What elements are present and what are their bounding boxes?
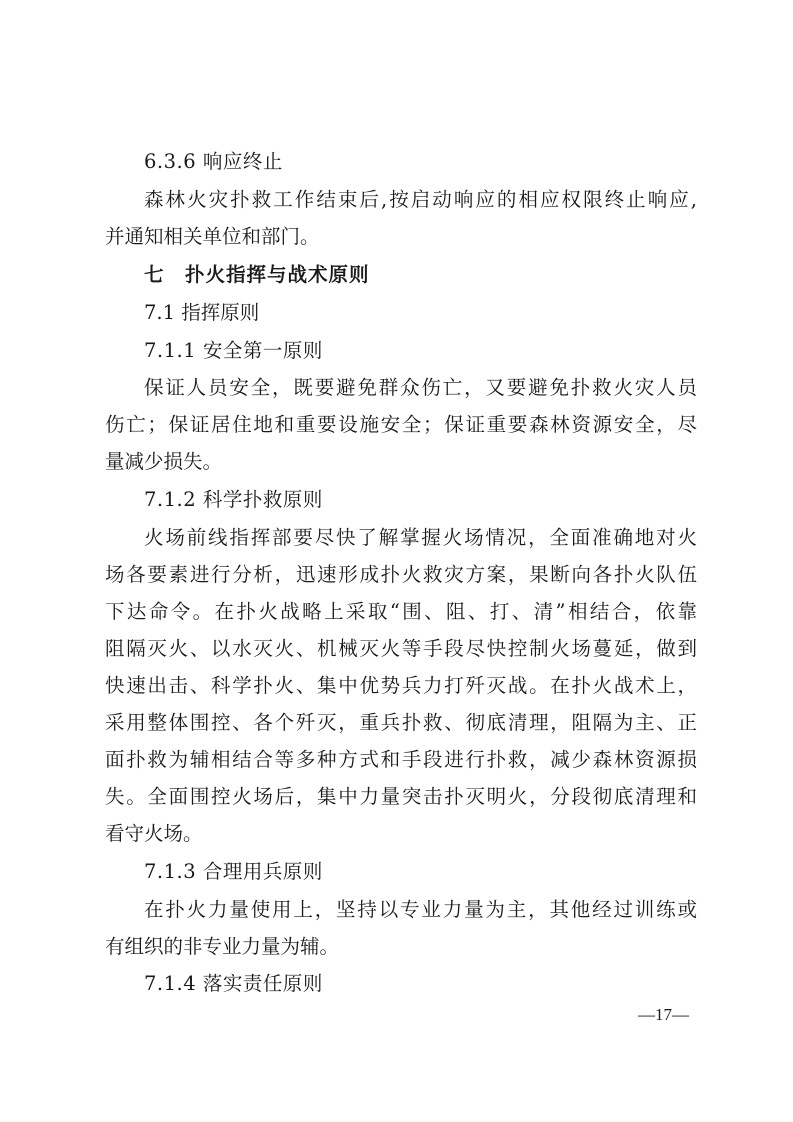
paragraph-line: 量减少损失。: [105, 450, 222, 474]
section-heading-6-3-6: 6.3.6 响应终止: [144, 150, 283, 174]
section-heading-7-1-2: 7.1.2 科学扑救原则: [144, 488, 323, 512]
paragraph-line: 在扑火力量使用上，坚持以专业力量为主，其他经过训练或: [144, 898, 697, 922]
section-heading-7-1-1: 7.1.1 安全第一原则: [144, 339, 323, 363]
paragraph-line: 火场前线指挥部要尽快了解掌握火场情况，全面准确地对火: [144, 526, 697, 550]
paragraph-line: 下达命令。在扑火战略上采取“围、阻、打、清”相结合，依靠: [105, 600, 697, 624]
paragraph-line: 看守火场。: [105, 822, 203, 846]
chapter-title: 七 扑火指挥与战术原则: [144, 263, 370, 287]
paragraph-line: 伤亡；保证居住地和重要设施安全；保证重要森林资源安全，尽: [105, 413, 697, 437]
section-heading-7-1: 7.1 指挥原则: [144, 301, 259, 325]
paragraph-line: 保证人员安全，既要避免群众伤亡，又要避免扑救火灾人员: [144, 376, 697, 400]
paragraph-line: 阻隔灭火、以水灭火、机械灭火等手段尽快控制火场蔓延，做到: [105, 637, 697, 661]
paragraph-line: 森林火灾扑救工作结束后,按启动响应的相应权限终止响应,: [144, 188, 697, 212]
page-number: —17—: [638, 1004, 689, 1026]
paragraph-line: 并通知相关单位和部门。: [105, 225, 320, 249]
section-heading-7-1-4: 7.1.4 落实责任原则: [144, 972, 323, 996]
paragraph-line: 面扑救为辅相结合等多种方式和手段进行扑救，减少森林资源损: [105, 748, 697, 772]
paragraph-line: 有组织的非专业力量为辅。: [105, 935, 339, 959]
section-heading-7-1-3: 7.1.3 合理用兵原则: [144, 860, 323, 884]
paragraph-line: 采用整体围控、各个歼灭，重兵扑救、彻底清理，阻隔为主、正: [105, 711, 697, 735]
paragraph-line: 场各要素进行分析，迅速形成扑火救灾方案，果断向各扑火队伍: [105, 563, 697, 587]
paragraph-line: 快速出击、科学扑火、集中优势兵力打歼灭战。在扑火战术上，: [105, 674, 697, 698]
paragraph-line: 失。全面围控火场后，集中力量突击扑灭明火，分段彻底清理和: [105, 785, 697, 809]
